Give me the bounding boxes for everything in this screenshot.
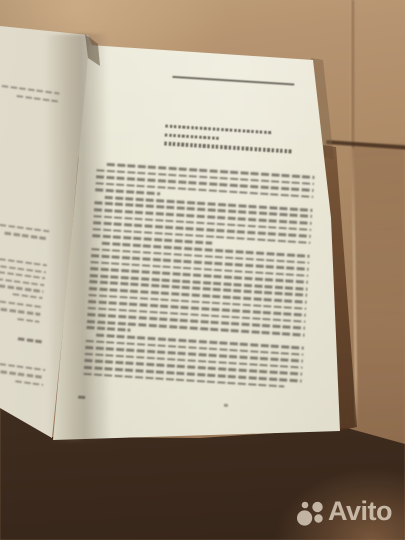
cardboard-shade: [352, 144, 405, 449]
avito-wordmark: Avito: [328, 496, 392, 527]
avito-logo-icon: [297, 499, 326, 528]
blurred-text-line: [4, 232, 48, 240]
page-number-mark: [224, 404, 228, 407]
right-page-text: [73, 50, 335, 424]
left-page-fragment: [0, 224, 49, 245]
blurred-text-line: [86, 326, 130, 331]
left-page-caption: [0, 85, 59, 109]
body-paragraph: [86, 241, 309, 343]
blurred-text-line: [0, 363, 45, 371]
blurred-text-line: [0, 224, 49, 233]
blurred-text-line: [13, 293, 43, 299]
signature-mark: [78, 396, 85, 400]
avito-watermark: Avito: [297, 497, 401, 531]
blurred-text-line: [2, 85, 60, 95]
blurred-text-line: [165, 133, 221, 140]
body-text-blurred: [83, 162, 314, 392]
blurred-text-line: [165, 125, 271, 135]
blurred-text-line: [0, 285, 43, 293]
cardboard-crease: [350, 0, 355, 148]
blurred-text-line: [0, 371, 44, 379]
left-page-fragment: [0, 363, 45, 391]
left-page-fragment: [0, 258, 47, 303]
left-page-fragment: [0, 301, 41, 328]
blurred-text-line: [15, 380, 43, 386]
blurred-text-line: [18, 337, 43, 343]
blurred-text-line: [16, 95, 58, 103]
blurred-text-line: [17, 318, 39, 323]
body-paragraph: [84, 333, 304, 389]
book-photo-scene: Avito: [0, 0, 405, 540]
blurred-text-line: [95, 189, 160, 196]
chapter-heading-blurred: [164, 125, 299, 159]
blurred-text-line: [164, 142, 292, 153]
blurred-text-line: [1, 308, 41, 315]
header-rule: [172, 76, 294, 85]
left-page-fragment: [17, 337, 43, 348]
